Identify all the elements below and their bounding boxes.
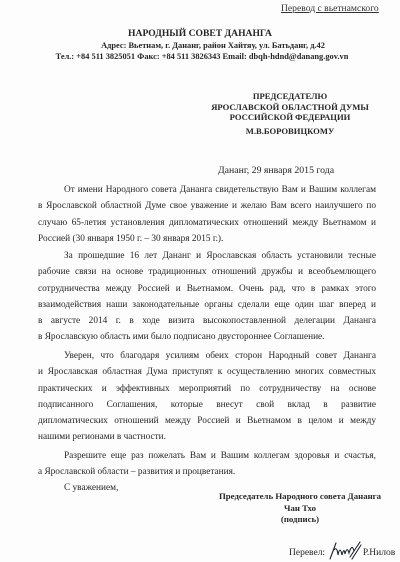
paragraph-line: От имени Народного совета Дананга свидет… [38, 182, 376, 198]
paragraph-line: подписанного Соглашения, которые внесут … [38, 397, 376, 413]
paragraph-line: рабочие связи на основе традиционных отн… [38, 264, 376, 280]
body-paragraph-3: Уверен, что благодаря усилиям обеих стор… [38, 348, 376, 446]
body-paragraph-2: За прошедшие 16 лет Дананг и Ярославская… [38, 248, 376, 346]
paragraph-line: случаю 65-летия установления дипломатиче… [38, 215, 376, 231]
paragraph-line: За прошедшие 16 лет Дананг и Ярославская… [38, 248, 376, 264]
paragraph-line: а Ярославской области – развития и процв… [38, 464, 376, 480]
translator-label: Перевел: [289, 548, 325, 558]
paragraph-line: взаимодействия наши законодательные орга… [38, 297, 376, 313]
paragraph-line: в Ярославской областной Думе свое уважен… [38, 198, 376, 214]
recipient-block: ПРЕДСЕДАТЕЛЮ ЯРОСЛАВСКОЙ ОБЛАСТНОЙ ДУМЫ … [190, 91, 390, 136]
letterhead-contacts: Тел.: +84 511 3825051 Факс: +84 511 3826… [4, 51, 400, 62]
recipient-line-1: ПРЕДСЕДАТЕЛЮ [190, 91, 390, 102]
signature-block: Председатель Народного совета Дананга Ча… [190, 491, 400, 526]
letter-page: Перевод с вьетнамского НАРОДНЫЙ СОВЕТ ДА… [0, 0, 400, 562]
body-paragraph-1: От имени Народного совета Дананга свидет… [38, 182, 376, 247]
letterhead-address: Адрес: Вьетнам, г. Дананг, район Хайтяу,… [26, 40, 400, 51]
recipient-name: М.В.БОРОВИЦКОМУ [190, 126, 390, 137]
signature-note: (подпись) [190, 514, 400, 526]
paragraph-line: в Ярославскую область ими было подписано… [38, 329, 376, 345]
paragraph-line: сотрудничества между Россией и Вьетнамом… [38, 281, 376, 297]
translator-line: Перевел: Р.Нилов [289, 541, 395, 561]
recipient-line-3: РОССИЙСКОЙ ФЕДЕРАЦИИ [190, 112, 390, 123]
paragraph-line: нашими регионами в частности. [38, 429, 376, 445]
recipient-line-2: ЯРОСЛАВСКОЙ ОБЛАСТНОЙ ДУМЫ [190, 102, 390, 113]
letterhead: НАРОДНЫЙ СОВЕТ ДАНАНГА Адрес: Вьетнам, г… [0, 27, 400, 62]
signatory-name: Чан Тхо [190, 503, 400, 515]
body-paragraph-4: Разрешите еще раз пожелать Вам и Вашим к… [38, 448, 376, 481]
paragraph-line: и Ярославская областная Дума приступят к… [38, 364, 376, 380]
letterhead-title: НАРОДНЫЙ СОВЕТ ДАНАНГА [0, 27, 400, 40]
translator-name: Р.Нилов [363, 548, 395, 558]
paragraph-line: Разрешите еще раз пожелать Вам и Вашим к… [38, 448, 376, 464]
signatory-title: Председатель Народного совета Дананга [190, 491, 400, 503]
translation-note: Перевод с вьетнамского [281, 3, 379, 14]
paragraph-line: дипломатических отношений между Россией … [38, 413, 376, 429]
handwritten-signature-icon [328, 541, 362, 561]
paragraph-line: Россией (30 января 1950 г. – 30 января 2… [38, 231, 376, 247]
paragraph-line: в августе 2014 г. в ходе визита высокопо… [38, 313, 376, 329]
paragraph-line: Уверен, что благодаря усилиям обеих стор… [38, 348, 376, 364]
paragraph-line: практических и эффективных мероприятий п… [38, 381, 376, 397]
place-date: Дананг, 29 января 2015 года [218, 165, 334, 176]
